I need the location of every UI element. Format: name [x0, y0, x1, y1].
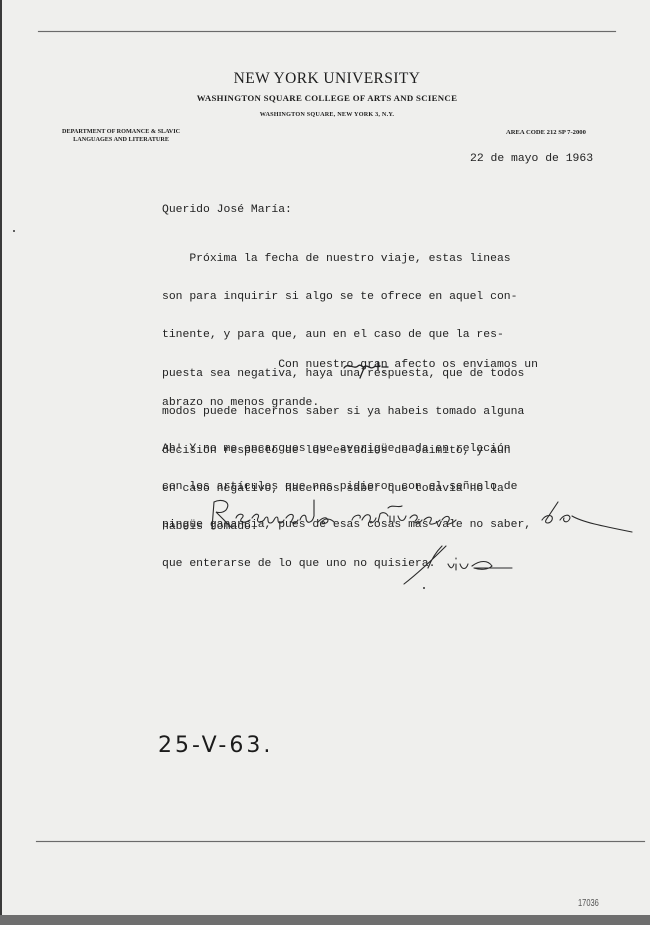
- body-line: Próxima la fecha de nuestro viaje, estas…: [162, 253, 524, 266]
- letterhead-address: WASHINGTON SQUARE, NEW YORK 3, N.Y.: [2, 111, 650, 118]
- signature-scribble: [342, 358, 392, 382]
- department-line-2: LANGUAGES AND LITERATURE: [62, 136, 180, 144]
- scan-bottom-edge: [0, 915, 650, 925]
- letterhead-department: DEPARTMENT OF ROMANCE & SLAVIC LANGUAGES…: [62, 128, 180, 144]
- paper-speck: [13, 230, 15, 232]
- closing-line: abrazo no menos grande.: [162, 397, 538, 410]
- letterhead-institution: NEW YORK UNIVERSITY: [2, 70, 650, 88]
- letterhead-phone: AREA CODE 212 SP 7-2000: [506, 129, 586, 136]
- department-line-1: DEPARTMENT OF ROMANCE & SLAVIC: [62, 128, 180, 136]
- received-date: 25-V-63.: [158, 733, 273, 758]
- archive-stamp: 17036: [578, 898, 599, 909]
- body-line: son para inquirir si algo se te ofrece e…: [162, 291, 524, 304]
- letter-salutation: Querido José María:: [162, 204, 292, 216]
- letter-page: NEW YORK UNIVERSITY WASHINGTON SQUARE CO…: [0, 0, 650, 915]
- handwritten-note: [202, 494, 642, 534]
- postscript-line: con los artículos que nos pidieron con e…: [162, 481, 531, 494]
- postscript-line: Ah! Y no me encargues que averigüe nada …: [162, 443, 531, 456]
- letter-date: 22 de mayo de 1963: [470, 153, 593, 165]
- top-rule: [38, 31, 616, 32]
- letterhead-college: WASHINGTON SQUARE COLLEGE OF ARTS AND SC…: [2, 93, 650, 103]
- handwritten-note-signature: [402, 540, 552, 590]
- bottom-rule: [36, 841, 645, 842]
